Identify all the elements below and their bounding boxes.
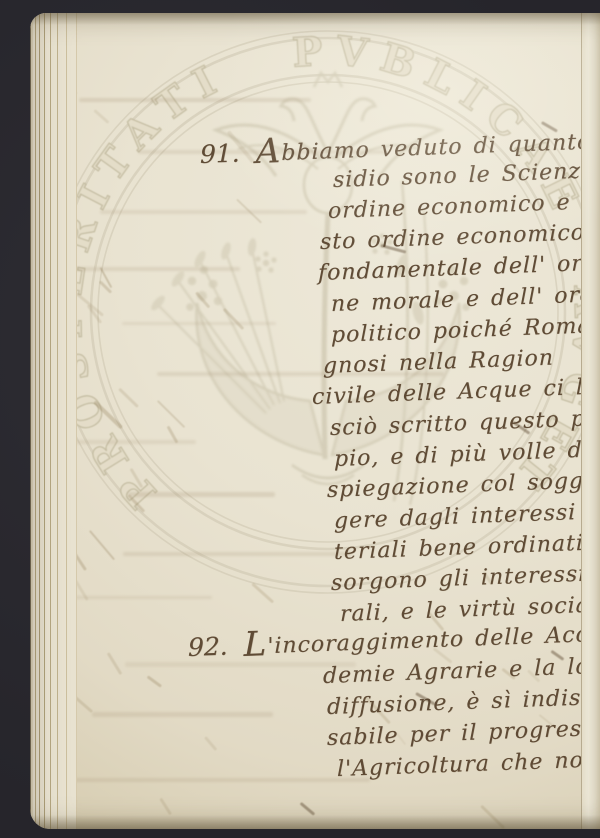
manuscript-line: ordine economico e que = bbox=[328, 187, 600, 224]
page-fore-edge bbox=[581, 13, 600, 829]
manuscript-line: teriali bene ordinati ne bbox=[334, 529, 600, 565]
line-text: sabile per il progresso del bbox=[327, 714, 600, 751]
line-text: civile delle Acque ci la = bbox=[312, 373, 600, 410]
line-text: teriali bene ordinati ne bbox=[334, 529, 600, 565]
page-edge-stack bbox=[30, 13, 86, 829]
manuscript-line: gere dagli interessi ma = bbox=[334, 497, 600, 534]
line-text: gnosi nella Ragion bbox=[323, 346, 554, 379]
line-text: diffusione, è sì indispen = bbox=[327, 683, 600, 720]
manuscript-line: l'Agricoltura che non bbox=[337, 747, 599, 782]
manuscript-line: sciò scritto questo princi = bbox=[330, 403, 600, 441]
manuscript-line: spiegazione col soggiun = bbox=[327, 466, 600, 503]
line-text: 'incoraggimento delle Acca = bbox=[267, 621, 600, 659]
manuscript-line: sto ordine economico è bbox=[320, 219, 600, 255]
line-text: sto ordine economico è bbox=[320, 219, 600, 255]
paragraph-number: 92. bbox=[188, 632, 228, 662]
page-bottom-shadow bbox=[30, 815, 600, 829]
manuscript-line: politico poiché Roma = bbox=[331, 312, 600, 348]
manuscript-line: sabile per il progresso del bbox=[327, 714, 600, 751]
page-top-shadow bbox=[30, 13, 600, 25]
line-text: ordine economico e que = bbox=[328, 187, 600, 224]
flourished-initial: A bbox=[256, 131, 282, 172]
line-text: sciò scritto questo princi = bbox=[330, 403, 600, 441]
flourished-initial: L bbox=[244, 624, 268, 665]
paragraph-number: 91. bbox=[200, 139, 240, 169]
line-text: sorgono gli interessi mo = bbox=[331, 559, 600, 596]
manuscript-line: gnosi nella Ragion bbox=[323, 346, 554, 379]
scanner-bed: { "scan": { "background_color": "#26252b… bbox=[0, 0, 600, 838]
line-text: spiegazione col soggiun = bbox=[327, 466, 600, 503]
manuscript-line: pio, e di più volle darne bbox=[334, 436, 600, 472]
manuscript-line: demie Agrarie e la loro bbox=[323, 653, 600, 689]
manuscript-line: fondamentale dell' ordi = bbox=[318, 249, 600, 286]
line-text: l'Agricoltura che non bbox=[337, 747, 599, 782]
line-text: pio, e di più volle darne bbox=[334, 436, 600, 472]
line-text: demie Agrarie e la loro bbox=[323, 653, 600, 689]
line-text: ne morale e dell' ordine bbox=[331, 281, 600, 317]
line-text: fondamentale dell' ordi = bbox=[318, 249, 600, 286]
manuscript-line: sorgono gli interessi mo = bbox=[331, 559, 600, 596]
line-text: politico poiché Roma = bbox=[331, 312, 600, 348]
line-text: gere dagli interessi ma = bbox=[334, 497, 600, 534]
manuscript-line: diffusione, è sì indispen = bbox=[327, 683, 600, 720]
manuscript-text: 91.Abbiamo veduto di quanto sus =sidio s… bbox=[30, 13, 600, 829]
book-page: PROSPERITATI PVBLICAE AVGET bbox=[30, 13, 600, 829]
manuscript-line: ne morale e dell' ordine bbox=[331, 281, 600, 317]
manuscript-line: civile delle Acque ci la = bbox=[312, 373, 600, 410]
